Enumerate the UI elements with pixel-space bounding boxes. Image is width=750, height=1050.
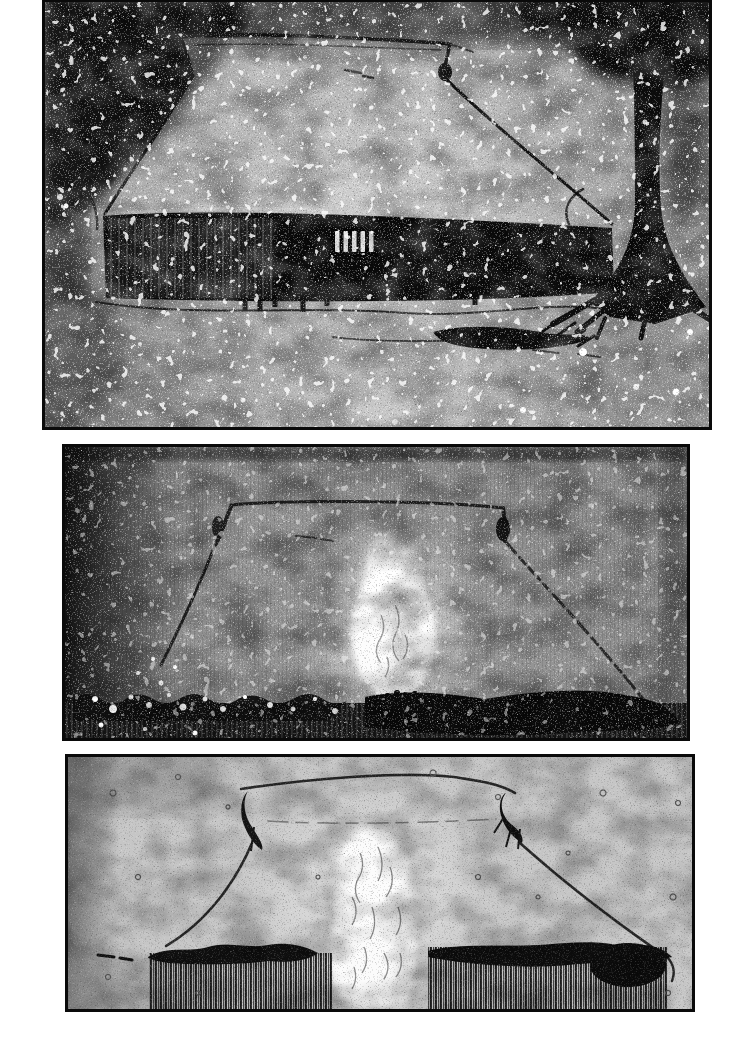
- manga-panel-1: [42, 0, 712, 430]
- manga-page: [0, 0, 750, 1050]
- panel-3-art: [68, 757, 692, 1009]
- panel-2-art: [65, 447, 687, 738]
- manga-panel-3: [65, 754, 695, 1012]
- manga-panel-2: [62, 444, 690, 741]
- grain-noise-layers: [65, 447, 687, 738]
- grain-noise-layers: [45, 2, 709, 427]
- panel-1-art: [45, 2, 709, 427]
- grain-noise-layers: [68, 757, 692, 1009]
